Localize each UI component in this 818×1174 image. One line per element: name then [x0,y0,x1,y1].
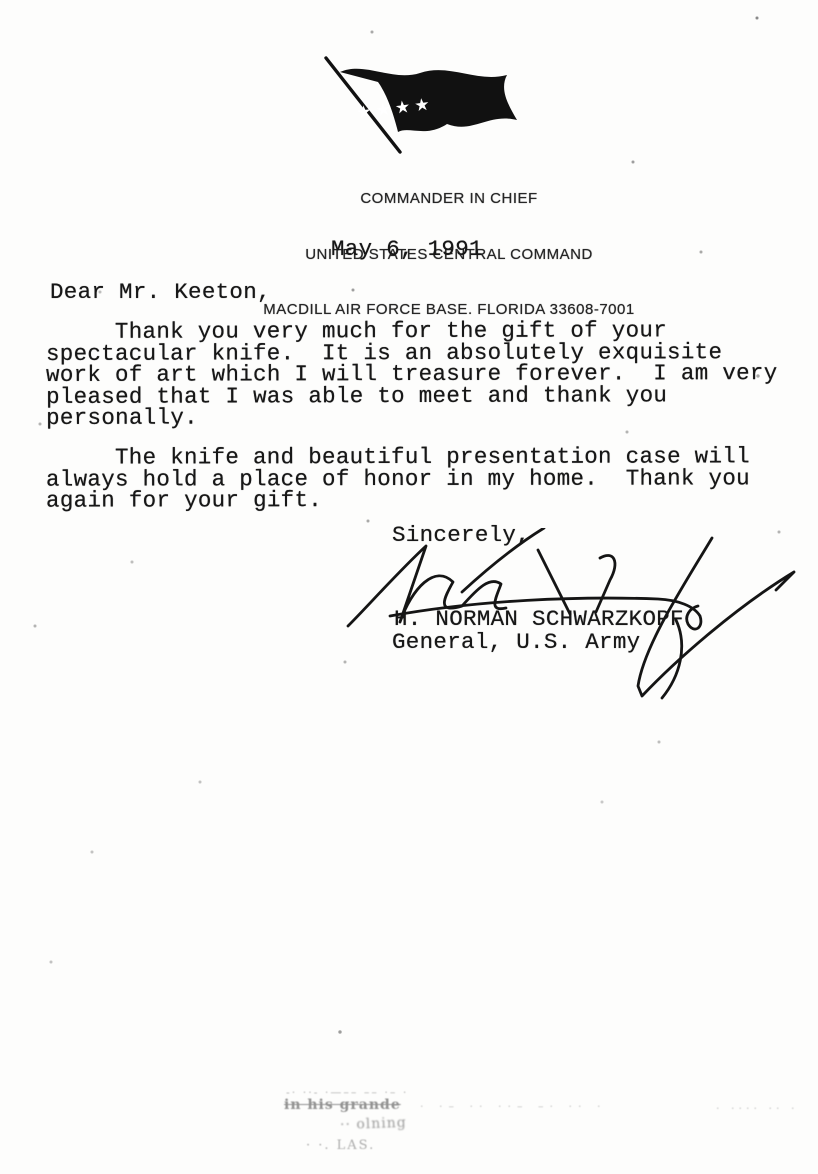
bleed-through-low-smudge: · ·. LAS. [306,1138,375,1153]
bleed-through-main-smudge: in his grande [284,1097,401,1113]
signature-stroke-ascenders [538,550,615,614]
bleed-through-dots-right: · ···· ·· · [716,1102,798,1115]
paragraph-2: The knife and beautiful presentation cas… [46,446,750,512]
salutation: Dear Mr. Keeton, [50,282,271,304]
para2-line: again for your gift. [46,490,750,513]
bleed-through-dots-mid: · ·– ·· ··– –· ·· · [420,1100,606,1113]
para1-line: personally. [46,406,778,430]
closing: Sincerely, [392,525,530,547]
letter-date: May 6, 1991 [331,239,483,261]
signer-title: General, U.S. Army [392,632,640,654]
bleed-through-mid-smudge: ·· olning [340,1115,407,1133]
paragraph-1: Thank you very much for the gift of your… [46,320,778,430]
scanned-letter-page: ★★★★ COMMANDER IN CHIEF UNITED STATES CE… [0,0,818,1174]
letterhead-line1: COMMANDER IN CHIEF [80,190,818,209]
signer-name: H. NORMAN SCHWARZKOPF [394,609,684,631]
four-star-flag-icon: ★★★★ [310,54,530,159]
